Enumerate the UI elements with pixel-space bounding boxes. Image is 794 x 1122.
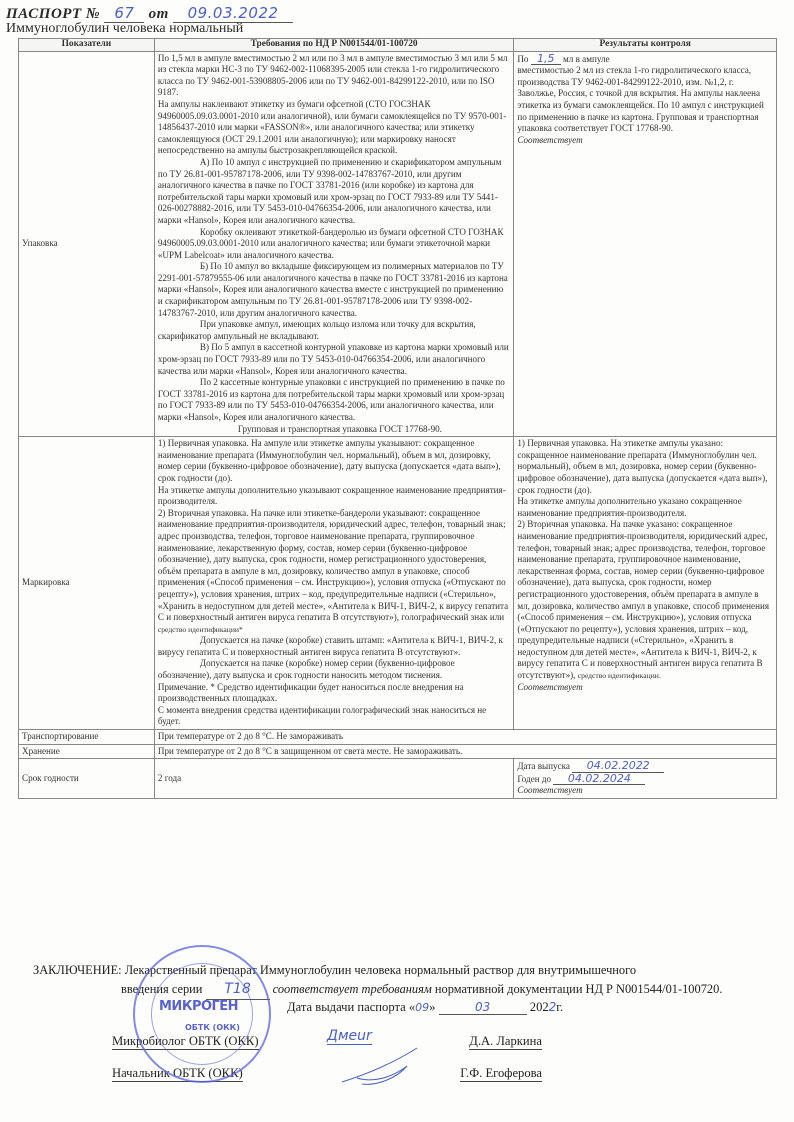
req-text: 2) Вторичная упаковка. На пачке или этик… [158,508,508,622]
result-suffix: мл в ампуле [563,54,610,64]
shelf-life-results: Дата выпуска 04.02.2022 Годен до 04.02.2… [514,759,777,799]
result-verdict: Соответствует [517,785,773,797]
shelf-life-requirement: 2 года [154,759,513,799]
signer-title: Начальник ОБТК (ОКК) [112,1066,243,1082]
req-text: А) По 10 ампул с инструкцией по применен… [158,157,510,227]
quality-table: Показатели Требования по НД Р N001544/01… [18,38,777,799]
complies-text: соответствует требованиям [273,982,432,996]
issue-date-label: Дата выдачи паспорта « [287,1000,415,1014]
series-number: Т18 [206,980,270,1000]
handwritten-signature: Дмеur [327,1028,372,1045]
col-header-requirements: Требования по НД Р N001544/01-100720 [154,39,513,52]
req-text: Допускается на пачке (коробке) номер сер… [158,658,510,681]
signer-name: Д.А. Ларкина [469,1034,542,1050]
table-row-packaging: Упаковка По 1,5 мл в ампуле вместимостью… [19,51,777,437]
result-text: 2) Вторичная упаковка. На пачке указано:… [517,519,769,680]
marking-requirements: 1) Первичная упаковка. На ампуле или эти… [154,437,513,730]
conclusion-line-1: ЗАКЛЮЧЕНИЕ: Лекарственный препарат Иммун… [33,961,722,980]
conclusion-line-2: введения серии Т18 соответствует требова… [33,980,722,1000]
result-text: 1) Первичная упаковка. На этикетке ампул… [517,438,773,496]
result-verdict: Соответствует [517,682,773,694]
packaging-results: По 1,5 мл в ампуле вместимостью 2 мл из … [514,51,777,437]
req-text: На ампулы наклеивают этикетку из бумаги … [158,99,510,157]
req-text: Коробку оклеивают этикеткой-бандеролью и… [158,227,510,262]
stamp-logo: МИКРОГЕН [159,999,238,1014]
req-text: В) По 5 ампул в кассетной контурной упак… [158,342,510,377]
req-text: По 1,5 мл в ампуле вместимостью 2 мл или… [158,53,510,99]
transport-requirement: При температуре от 2 до 8 °С. Не замораж… [154,730,776,745]
row-label-marking: Маркировка [19,437,155,730]
result-text-small: средство идентификации. [578,671,661,680]
marking-results: 1) Первичная упаковка. На этикетке ампул… [514,437,777,730]
release-date: 04.02.2022 [572,760,664,773]
req-text: Допускается на пачке (коробке) ставить ш… [158,635,510,658]
req-note: Примечание. * Средство идентификации буд… [158,682,510,705]
req-text: На этикетке ампулы дополнительно указыва… [158,485,510,508]
req-text: При упаковке ампул, имеющих кольцо излом… [158,319,510,342]
signature-scribble-icon [337,1044,427,1089]
req-note: С момента внедрения средства идентификац… [158,705,510,728]
table-row-transport: Транспортирование При температуре от 2 д… [19,730,777,745]
date-prefix: от [149,6,169,22]
row-label-storage: Хранение [19,744,155,759]
issue-year-suffix: г. [556,1000,563,1014]
req-text: По 2 кассетные контурные упаковки с инст… [158,377,510,423]
conclusion-suffix: нормативной документации НД Р N001544/01… [435,982,722,996]
result-prefix: По [517,54,528,64]
table-row-shelf-life: Срок годности 2 года Дата выпуска 04.02.… [19,759,777,799]
req-text: Б) По 10 ампул во вкладыше фиксирующем и… [158,261,510,319]
release-date-label: Дата выпуска [517,761,570,771]
signature-row-microbiologist: Микробиолог ОБТК (ОКК) Дмеur Д.А. Ларкин… [112,1034,542,1050]
row-label-packaging: Упаковка [19,51,155,437]
conclusion: ЗАКЛЮЧЕНИЕ: Лекарственный препарат Иммун… [33,961,722,1000]
result-volume: 1,5 [531,53,561,66]
table-row-marking: Маркировка 1) Первичная упаковка. На амп… [19,437,777,730]
table-header-row: Показатели Требования по НД Р N001544/01… [19,39,777,52]
signer-name: Г.Ф. Егоферова [460,1066,542,1082]
issue-month: 03 [439,1000,527,1015]
row-label-transport: Транспортирование [19,730,155,745]
signer-title: Микробиолог ОБТК (ОКК) [112,1034,259,1050]
row-label-shelf-life: Срок годности [19,759,155,799]
packaging-requirements: По 1,5 мл в ампуле вместимостью 2 мл или… [154,51,513,437]
passport-header: ПАСПОРТ № 67 от 09.03.2022 Иммуноглобули… [6,4,293,37]
expiry-date-label: Годен до [517,774,551,784]
product-name: Иммуноглобулин человека нормальный [6,21,293,37]
stamp-department: ОБТК (ОКК) [185,1023,240,1032]
issue-day: 09 [415,1001,429,1014]
table-row-storage: Хранение При температуре от 2 до 8 °С в … [19,744,777,759]
result-verdict: Соответствует [517,135,773,147]
storage-requirement: При температуре от 2 до 8 °С в защищенно… [154,744,776,759]
result-text: вместимостью 2 мл из стекла 1-го гидроли… [517,65,773,135]
col-header-results: Результаты контроля [514,39,777,52]
req-text: 1) Первичная упаковка. На ампуле или эти… [158,438,510,484]
expiry-date: 04.02.2024 [553,773,645,786]
req-text: Групповая и транспортная упаковка ГОСТ 1… [158,424,510,436]
result-text: На этикетке ампулы дополнительно указано… [517,496,773,519]
signature-row-head: Начальник ОБТК (ОКК) Г.Ф. Егоферова [112,1066,542,1082]
issue-year-prefix: 202 [530,1000,549,1014]
passport-prefix: ПАСПОРТ № [6,6,100,22]
col-header-indicators: Показатели [19,39,155,52]
issue-date: Дата выдачи паспорта «09» 03 2022г. [287,1000,563,1015]
req-text-small: средство идентификации* [158,625,243,634]
issue-date-quote: » [429,1000,435,1014]
series-label: введения серии [121,982,202,996]
